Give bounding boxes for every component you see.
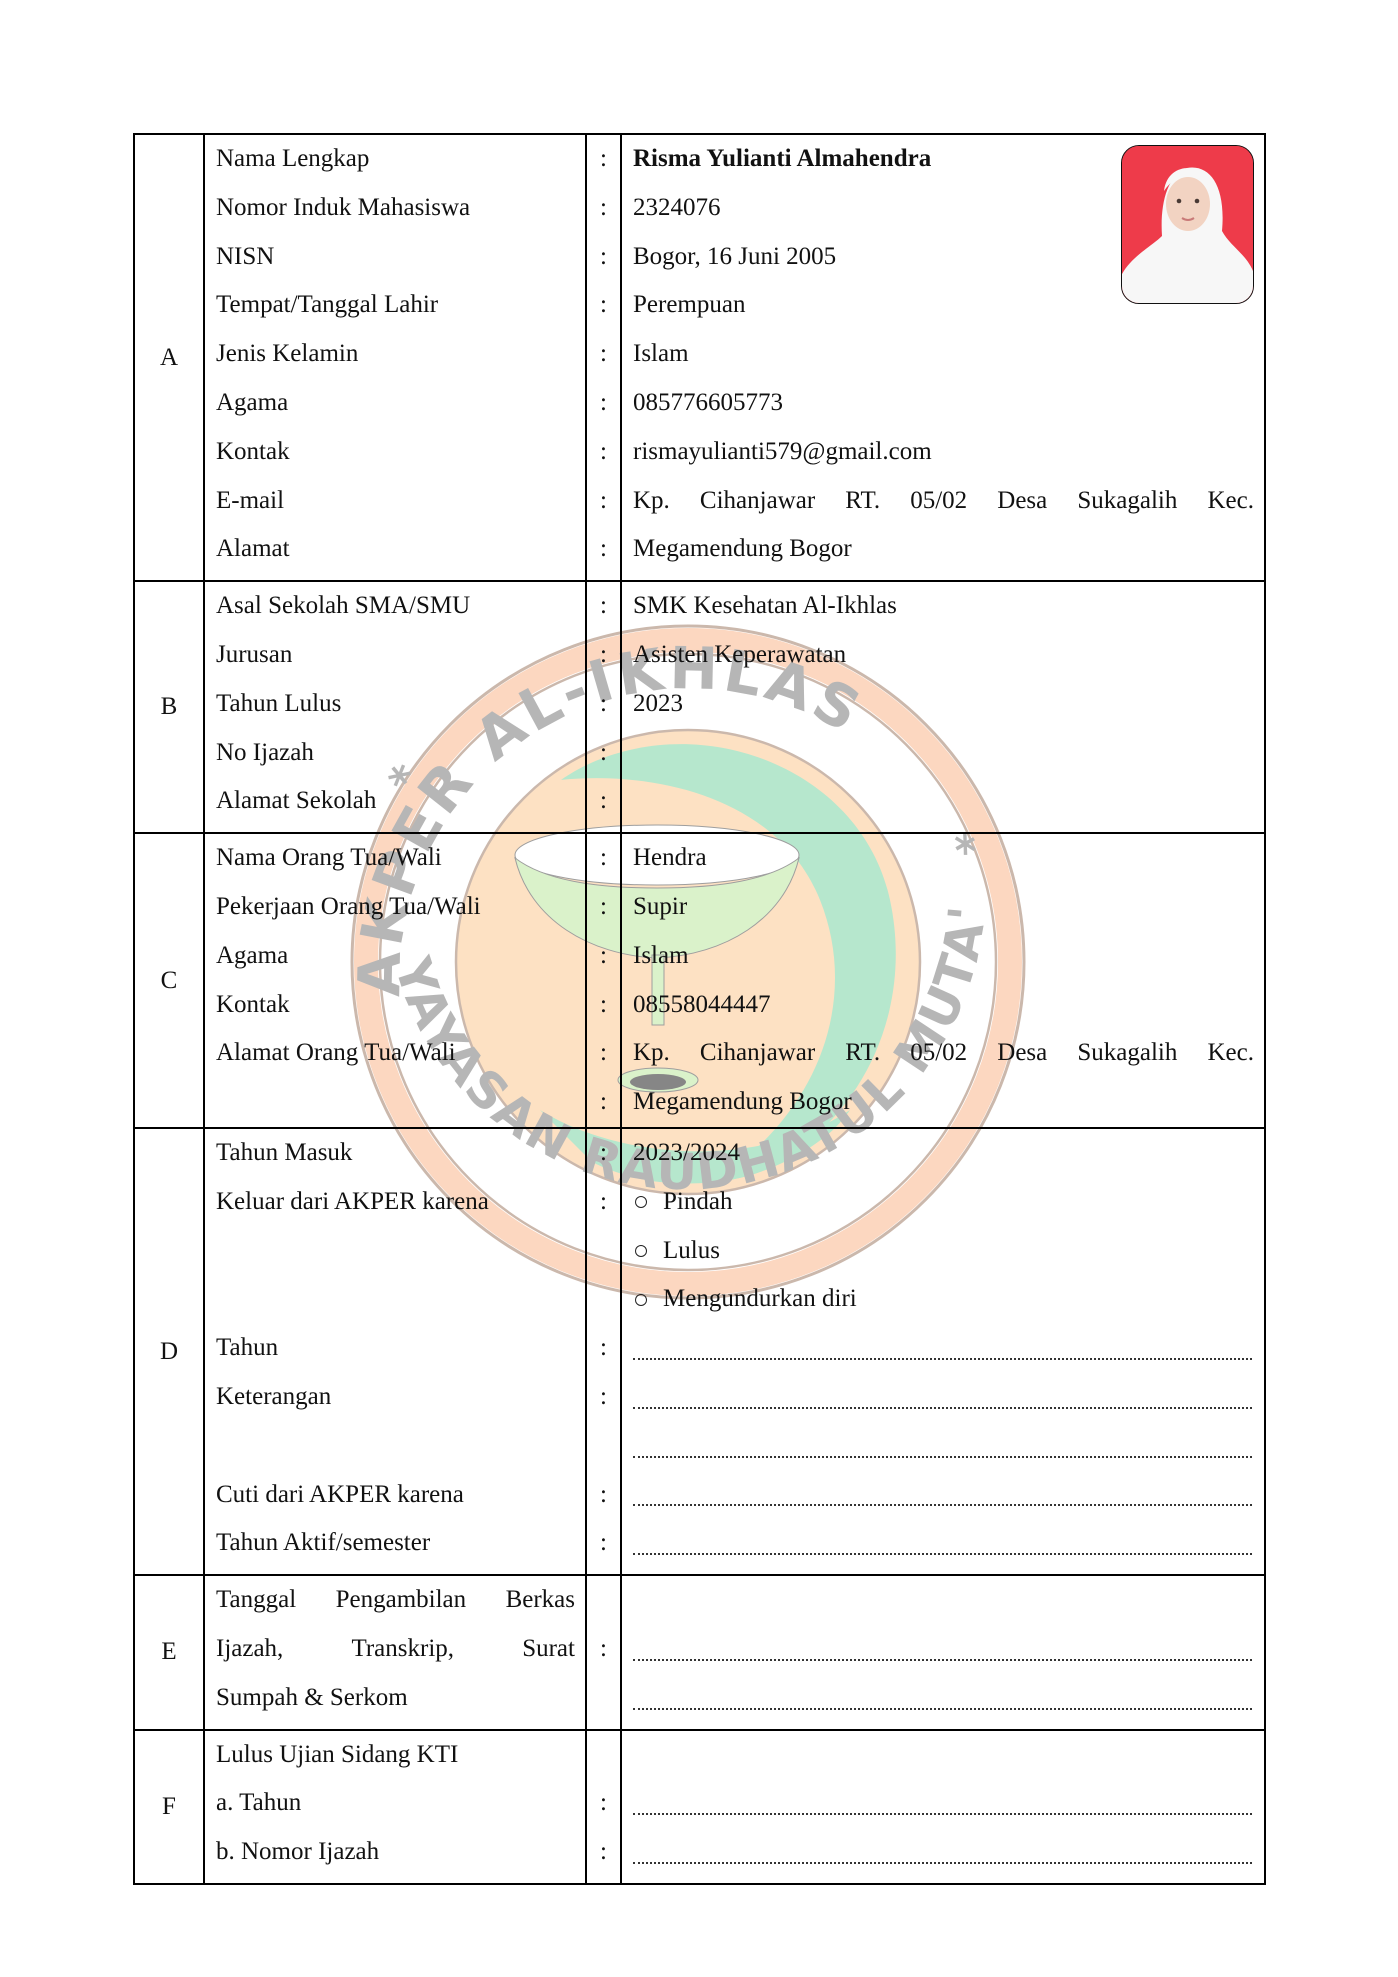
section-letter: C [134, 833, 204, 1128]
field-label: Alamat [205, 525, 585, 574]
field-label: Ijazah,Transkrip,Surat [205, 1625, 585, 1674]
field-colon: : [587, 281, 620, 330]
field-colon: : [587, 330, 620, 379]
field-label: Tempat/Tanggal Lahir [205, 281, 585, 330]
section-values [621, 1730, 1265, 1884]
section-labels: Nama Orang Tua/WaliPekerjaan Orang Tua/W… [204, 833, 586, 1128]
field-value-word: Sukagalih [1077, 1029, 1177, 1078]
field-value-word: Kec. [1207, 1029, 1254, 1078]
document-page: AKPER AL-IKHLAS YAYASAN RAUDHATUL MUTA'A… [0, 0, 1398, 1977]
field-value: Kp.CihanjawarRT.05/02DesaSukagalihKec. [622, 1029, 1264, 1078]
field-colon: : [587, 1625, 620, 1674]
field-label: Cuti dari AKPER karena [205, 1471, 585, 1520]
form-section-e: E TanggalPengambilanBerkasIjazah,Transkr… [134, 1575, 1265, 1729]
option-label: Mengundurkan diri [663, 1275, 857, 1324]
field-colon [587, 1674, 620, 1723]
field-label: Lulus Ujian Sidang KTI [205, 1731, 585, 1780]
field-label [205, 1227, 585, 1276]
field-label [205, 1078, 585, 1127]
form-section-a: A Nama LengkapNomor Induk MahasiswaNISNT… [134, 134, 1265, 581]
section-letter: B [134, 581, 204, 833]
field-value-word: Cihanjawar [700, 477, 815, 526]
field-label: Alamat Orang Tua/Wali [205, 1029, 585, 1078]
field-value: rismayulianti579@gmail.com [622, 428, 1264, 477]
section-values: HendraSupirIslam08558044447Kp.Cihanjawar… [621, 833, 1265, 1128]
field-label: Jenis Kelamin [205, 330, 585, 379]
field-value: Islam [622, 330, 1264, 379]
field-colon: : [587, 729, 620, 778]
field-label: Tahun Lulus [205, 680, 585, 729]
blank-fill-line[interactable] [622, 1471, 1264, 1520]
field-value-word: Desa [997, 477, 1047, 526]
field-value-word: 05/02 [910, 477, 967, 526]
field-label-word: Berkas [506, 1576, 575, 1625]
field-value-word: 05/02 [910, 1029, 967, 1078]
field-value-word: Kp. [633, 1029, 670, 1078]
field-label: Nomor Induk Mahasiswa [205, 184, 585, 233]
blank-fill-line[interactable] [622, 1519, 1264, 1568]
field-colon: : [587, 379, 620, 428]
student-data-table: A Nama LengkapNomor Induk MahasiswaNISNT… [133, 133, 1266, 1885]
field-label: Jurusan [205, 631, 585, 680]
field-colon: : [587, 932, 620, 981]
field-colon: : [587, 883, 620, 932]
field-label: a. Tahun [205, 1779, 585, 1828]
field-colon: : [587, 1779, 620, 1828]
field-label-word: Ijazah, [216, 1625, 283, 1674]
field-label: Nama Lengkap [205, 135, 585, 184]
field-colon: : [587, 1373, 620, 1422]
field-label [205, 1422, 585, 1471]
field-colon: : [587, 233, 620, 282]
field-value: Asisten Keperawatan [622, 631, 1264, 680]
section-colons: ::::: [586, 581, 621, 833]
blank-fill-line[interactable] [622, 1828, 1264, 1877]
field-colon: : [587, 834, 620, 883]
field-label-word: Surat [522, 1625, 575, 1674]
field-value-word: Kec. [1207, 477, 1254, 526]
field-colon [587, 1576, 620, 1625]
field-label: E-mail [205, 477, 585, 526]
field-colon: : [587, 582, 620, 631]
section-colons: :::::: [586, 833, 621, 1128]
section-letter: F [134, 1730, 204, 1884]
field-value-word: Cihanjawar [700, 1029, 815, 1078]
field-colon: : [587, 135, 620, 184]
form-section-d: D Tahun MasukKeluar dari AKPER karenaTah… [134, 1128, 1265, 1575]
field-colon: : [587, 428, 620, 477]
field-value-word: Sukagalih [1077, 477, 1177, 526]
exit-reason-option[interactable]: Lulus [622, 1227, 1264, 1276]
section-letter: A [134, 134, 204, 581]
field-value [622, 1731, 1264, 1780]
field-label: Nama Orang Tua/Wali [205, 834, 585, 883]
field-colon: : [587, 525, 620, 574]
field-colon [587, 1422, 620, 1471]
section-colons: : [586, 1575, 621, 1729]
radio-circle-icon[interactable] [635, 1196, 647, 1208]
field-value [622, 777, 1264, 826]
field-label: Agama [205, 379, 585, 428]
field-colon: : [587, 1324, 620, 1373]
field-colon: : [587, 1129, 620, 1178]
field-colon: : [587, 1519, 620, 1568]
field-label: Kontak [205, 428, 585, 477]
blank-fill-line[interactable] [622, 1422, 1264, 1471]
section-values: SMK Kesehatan Al-IkhlasAsisten Keperawat… [621, 581, 1265, 833]
portrait-image [1122, 146, 1253, 303]
field-label: Tahun [205, 1324, 585, 1373]
field-label-word: Pengambilan [336, 1576, 467, 1625]
field-label: Keluar dari AKPER karena [205, 1178, 585, 1227]
field-label: Pekerjaan Orang Tua/Wali [205, 883, 585, 932]
field-label: Asal Sekolah SMA/SMU [205, 582, 585, 631]
section-values [621, 1575, 1265, 1729]
radio-circle-icon[interactable] [635, 1294, 647, 1306]
field-label-word: Transkrip, [351, 1625, 454, 1674]
section-labels: Tahun MasukKeluar dari AKPER karenaTahun… [204, 1128, 586, 1575]
field-value: 2023 [622, 680, 1264, 729]
field-colon: : [587, 1029, 620, 1078]
blank-fill-line[interactable] [622, 1373, 1264, 1422]
blank-fill-line[interactable] [622, 1625, 1264, 1674]
field-value: Islam [622, 932, 1264, 981]
section-colons: :: [586, 1730, 621, 1884]
blank-fill-line[interactable] [622, 1674, 1264, 1723]
field-value: Hendra [622, 834, 1264, 883]
field-value [622, 1576, 1264, 1625]
section-colons: ::::::::: [586, 134, 621, 581]
exit-reason-option[interactable]: Mengundurkan diri [622, 1275, 1264, 1324]
radio-circle-icon[interactable] [635, 1245, 647, 1257]
section-labels: Asal Sekolah SMA/SMUJurusanTahun LulusNo… [204, 581, 586, 833]
field-label [205, 1275, 585, 1324]
field-label: NISN [205, 233, 585, 282]
form-section-c: C Nama Orang Tua/WaliPekerjaan Orang Tua… [134, 833, 1265, 1128]
field-value-word: RT. [845, 1029, 880, 1078]
field-value: Megamendung Bogor [622, 525, 1264, 574]
field-label: Sumpah & Serkom [205, 1674, 585, 1723]
section-labels: Lulus Ujian Sidang KTIa. Tahunb. Nomor I… [204, 1730, 586, 1884]
field-label: Tahun Masuk [205, 1129, 585, 1178]
form-section-f: F Lulus Ujian Sidang KTIa. Tahunb. Nomor… [134, 1730, 1265, 1884]
field-colon: : [587, 1078, 620, 1127]
section-values: 2023/2024PindahLulusMengundurkan diri [621, 1128, 1265, 1575]
field-value: Supir [622, 883, 1264, 932]
field-label: Keterangan [205, 1373, 585, 1422]
field-value-word: RT. [845, 477, 880, 526]
field-colon: : [587, 777, 620, 826]
field-value: Megamendung Bogor [622, 1078, 1264, 1127]
option-label: Pindah [663, 1178, 732, 1227]
field-colon: : [587, 184, 620, 233]
field-value: 08558044447 [622, 981, 1264, 1030]
field-colon: : [587, 981, 620, 1030]
student-data-form: A Nama LengkapNomor Induk MahasiswaNISNT… [133, 133, 1264, 1885]
field-label: No Ijazah [205, 729, 585, 778]
exit-reason-option[interactable]: Pindah [622, 1178, 1264, 1227]
field-label-word: Tanggal [216, 1576, 296, 1625]
field-value-word: Desa [997, 1029, 1047, 1078]
field-colon: : [587, 1471, 620, 1520]
section-letter: E [134, 1575, 204, 1729]
student-photo [1121, 145, 1254, 304]
field-value [622, 729, 1264, 778]
field-label: Alamat Sekolah [205, 777, 585, 826]
field-label: Kontak [205, 981, 585, 1030]
section-labels: TanggalPengambilanBerkasIjazah,Transkrip… [204, 1575, 586, 1729]
blank-fill-line[interactable] [622, 1779, 1264, 1828]
field-value: Kp.CihanjawarRT.05/02DesaSukagalihKec. [622, 477, 1264, 526]
section-labels: Nama LengkapNomor Induk MahasiswaNISNTem… [204, 134, 586, 581]
section-letter: D [134, 1128, 204, 1575]
section-colons: :::::: [586, 1128, 621, 1575]
field-colon [587, 1227, 620, 1276]
form-section-b: B Asal Sekolah SMA/SMUJurusanTahun Lulus… [134, 581, 1265, 833]
blank-fill-line[interactable] [622, 1324, 1264, 1373]
field-colon: : [587, 680, 620, 729]
field-colon [587, 1275, 620, 1324]
field-value: 2023/2024 [622, 1129, 1264, 1178]
option-label: Lulus [663, 1227, 720, 1276]
field-label: Agama [205, 932, 585, 981]
field-colon: : [587, 477, 620, 526]
field-label: b. Nomor Ijazah [205, 1828, 585, 1877]
field-label: TanggalPengambilanBerkas [205, 1576, 585, 1625]
field-value-word: Kp. [633, 477, 670, 526]
field-value: SMK Kesehatan Al-Ikhlas [622, 582, 1264, 631]
field-value: 085776605773 [622, 379, 1264, 428]
field-colon: : [587, 631, 620, 680]
field-colon: : [587, 1178, 620, 1227]
field-colon: : [587, 1828, 620, 1877]
field-label: Tahun Aktif/semester [205, 1519, 585, 1568]
field-colon [587, 1731, 620, 1780]
